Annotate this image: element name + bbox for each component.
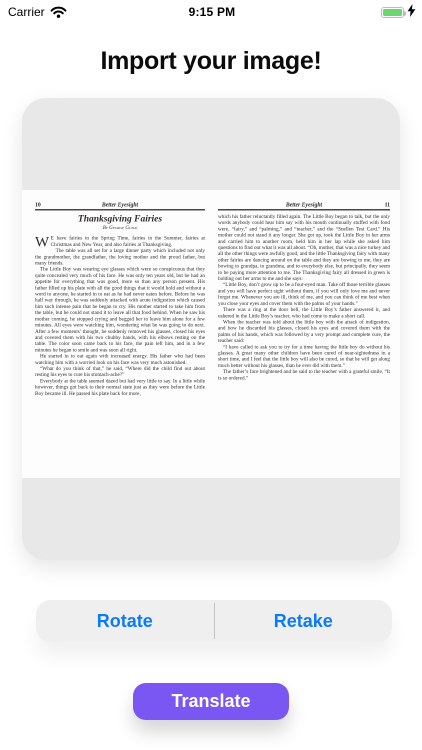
paragraph-text: E have fairies in the Spring Time, fairi…: [51, 236, 205, 248]
charging-bolt-icon: [407, 4, 416, 20]
status-bar-left: Carrier: [8, 5, 138, 19]
book-page-left-content: 10 Better Eyesight Thanksgiving Fairies …: [35, 202, 205, 397]
left-page-header: 10 Better Eyesight: [35, 202, 205, 209]
paragraph: which his father reluctantly filled agai…: [218, 214, 390, 282]
paragraph: The Little Boy was wearing eye glasses w…: [35, 267, 205, 354]
right-header-rule: [218, 209, 390, 211]
battery-icon: [381, 7, 404, 18]
paragraph: The table was all set for a large dinner…: [35, 248, 205, 267]
paragraph: “Little Boy, don’t grow up to be a four-…: [218, 282, 390, 307]
page-title: Import your image!: [0, 47, 422, 76]
right-running-title: Better Eyesight: [233, 202, 375, 209]
book-page-right-content: Better Eyesight 11 which his father relu…: [218, 202, 390, 381]
article-title: Thanksgiving Fairies: [35, 214, 205, 224]
article-byline: By George Guild: [35, 225, 205, 231]
clock-label: 9:15 PM: [138, 5, 286, 19]
paragraph: The father’s face brightened and he said…: [218, 369, 390, 381]
scanned-document-image: 10 Better Eyesight Thanksgiving Fairies …: [22, 190, 400, 478]
battery-cap: [404, 11, 406, 16]
status-bar-right: [286, 4, 416, 20]
left-page-number: 10: [35, 202, 50, 209]
secondary-actions-panel: Rotate Retake: [36, 600, 392, 642]
paragraph: He started in to eat again with increase…: [35, 354, 205, 366]
paragraph: There was a ring at the door bell, the L…: [218, 307, 390, 319]
status-bar: Carrier 9:15 PM: [0, 0, 422, 22]
paragraph: When the teacher was told about the litt…: [218, 319, 390, 344]
paragraph: “What do you think of that,” he said, “W…: [35, 366, 205, 378]
battery-fill: [383, 9, 402, 16]
right-page-number: 11: [375, 202, 390, 209]
left-header-rule: [35, 209, 205, 211]
wifi-icon: [50, 6, 67, 18]
rotate-button[interactable]: Rotate: [36, 600, 214, 642]
retake-button[interactable]: Retake: [215, 600, 393, 642]
right-page-header: Better Eyesight 11: [218, 202, 390, 209]
dropcap-letter: W: [35, 236, 51, 249]
paragraph: “I have called to ask you to try for a t…: [218, 344, 390, 369]
carrier-label: Carrier: [8, 5, 45, 19]
paragraph: WE have fairies in the Spring Time, fair…: [35, 236, 205, 248]
paragraph: Everybody at the table seemed dazed but …: [35, 378, 205, 397]
book-page-right: Better Eyesight 11 which his father relu…: [218, 202, 390, 478]
book-page-left: 10 Better Eyesight Thanksgiving Fairies …: [35, 202, 205, 478]
translate-button[interactable]: Translate: [133, 683, 289, 720]
image-preview-card: 10 Better Eyesight Thanksgiving Fairies …: [22, 98, 400, 560]
left-running-title: Better Eyesight: [50, 202, 190, 209]
